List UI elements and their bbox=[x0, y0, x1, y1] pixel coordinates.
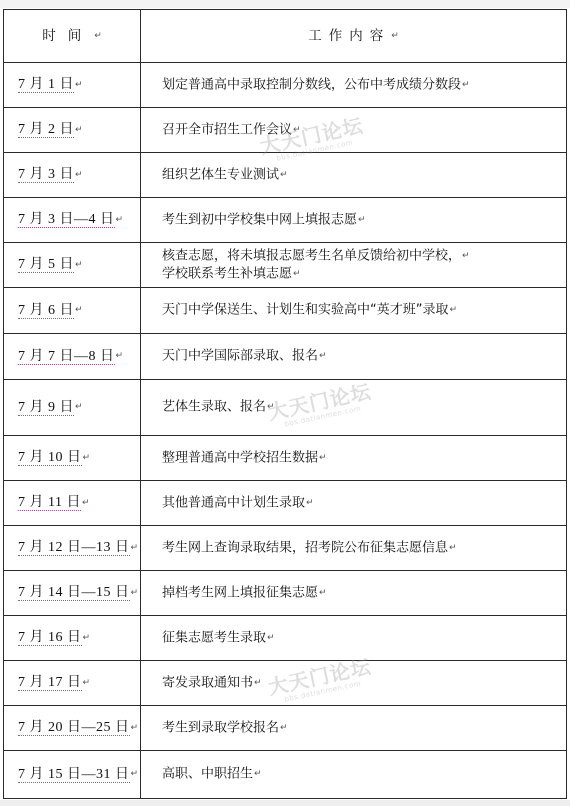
paragraph-mark-icon: ↵ bbox=[116, 215, 124, 225]
table-row: 7 月 5 日↵核查志愿，将未填报志愿考生名单反馈给初中学校，↵学校联系考生补填… bbox=[4, 243, 567, 288]
header-content: 工作内容↵ bbox=[141, 10, 567, 63]
paragraph-mark-icon: ↵ bbox=[75, 80, 83, 90]
paragraph-mark-icon: ↵ bbox=[391, 31, 399, 41]
content-line: 高职、中职招生↵ bbox=[162, 765, 558, 784]
content-text: 划定普通高中录取控制分数线，公布中考成绩分数段 bbox=[162, 77, 461, 92]
content-cell: 核查志愿，将未填报志愿考生名单反馈给初中学校，↵学校联系考生补填志愿↵ bbox=[141, 243, 567, 288]
content-text: 考生网上查询录取结果，招考院公布征集志愿信息 bbox=[162, 540, 448, 555]
content-text: 艺体生录取、报名 bbox=[162, 400, 266, 415]
date-cell: 7 月 3 日—4 日↵ bbox=[4, 198, 141, 243]
content-text: 考生到初中学校集中网上填报志愿 bbox=[162, 212, 357, 227]
header-date: 时间↵ bbox=[4, 10, 141, 63]
date-text: 7 月 14 日—15 日 bbox=[18, 585, 130, 601]
content-text: 天门中学国际部录取、报名 bbox=[162, 349, 318, 364]
table-row: 7 月 12 日—13 日↵考生网上查询录取结果，招考院公布征集志愿信息↵ bbox=[4, 526, 567, 571]
content-line: 考生网上查询录取结果，招考院公布征集志愿信息↵ bbox=[162, 539, 558, 558]
paragraph-mark-icon: ↵ bbox=[254, 769, 262, 779]
date-text: 7 月 7 日—8 日 bbox=[18, 349, 115, 365]
date-text: 7 月 16 日 bbox=[18, 630, 82, 646]
date-cell: 7 月 2 日↵ bbox=[4, 108, 141, 153]
content-cell: 考生到初中学校集中网上填报志愿↵ bbox=[141, 198, 567, 243]
table-body: 7 月 1 日↵划定普通高中录取控制分数线，公布中考成绩分数段↵7 月 2 日↵… bbox=[4, 63, 567, 799]
content-cell: 天门中学保送生、计划生和实验高中“英才班”录取↵ bbox=[141, 288, 567, 334]
content-text: 核查志愿，将未填报志愿考生名单反馈给初中学校， bbox=[162, 248, 461, 263]
date-cell: 7 月 17 日↵ bbox=[4, 661, 141, 706]
table-row: 7 月 17 日↵寄发录取通知书↵ bbox=[4, 661, 567, 706]
paragraph-mark-icon: ↵ bbox=[319, 588, 327, 598]
paragraph-mark-icon: ↵ bbox=[358, 215, 366, 225]
table-row: 7 月 15 日—31 日↵高职、中职招生↵ bbox=[4, 751, 567, 799]
content-text: 高职、中职招生 bbox=[162, 767, 253, 782]
content-text: 学校联系考生补填志愿 bbox=[162, 267, 292, 282]
content-line: 艺体生录取、报名↵ bbox=[162, 398, 558, 417]
paragraph-mark-icon: ↵ bbox=[280, 723, 288, 733]
content-line: 其他普通高中计划生录取↵ bbox=[162, 494, 558, 513]
date-text: 7 月 12 日—13 日 bbox=[18, 540, 130, 556]
content-text: 征集志愿考生录取 bbox=[162, 630, 266, 645]
paragraph-mark-icon: ↵ bbox=[131, 543, 139, 553]
paragraph-mark-icon: ↵ bbox=[131, 769, 139, 779]
paragraph-mark-icon: ↵ bbox=[75, 170, 83, 180]
paragraph-mark-icon: ↵ bbox=[462, 80, 470, 90]
paragraph-mark-icon: ↵ bbox=[254, 678, 262, 688]
content-line: 天门中学保送生、计划生和实验高中“英才班”录取↵ bbox=[162, 301, 558, 320]
content-line: 考生到录取学校报名↵ bbox=[162, 719, 558, 738]
table-row: 7 月 7 日—8 日↵天门中学国际部录取、报名↵ bbox=[4, 334, 567, 380]
paragraph-mark-icon: ↵ bbox=[82, 498, 90, 508]
date-text: 7 月 1 日 bbox=[18, 77, 74, 93]
content-cell: 其他普通高中计划生录取↵ bbox=[141, 481, 567, 526]
date-cell: 7 月 9 日↵ bbox=[4, 380, 141, 436]
content-line: 寄发录取通知书↵ bbox=[162, 674, 558, 693]
content-text: 考生到录取学校报名 bbox=[162, 720, 279, 735]
header-content-label: 工作内容 bbox=[308, 28, 390, 44]
paragraph-mark-icon: ↵ bbox=[293, 125, 301, 135]
date-text: 7 月 15 日—31 日 bbox=[18, 767, 130, 783]
date-cell: 7 月 14 日—15 日↵ bbox=[4, 571, 141, 616]
paragraph-mark-icon: ↵ bbox=[306, 498, 314, 508]
table-header-row: 时间↵ 工作内容↵ bbox=[4, 10, 567, 63]
date-cell: 7 月 5 日↵ bbox=[4, 243, 141, 288]
content-cell: 掉档考生网上填报征集志愿↵ bbox=[141, 571, 567, 616]
date-cell: 7 月 1 日↵ bbox=[4, 63, 141, 108]
table-row: 7 月 16 日↵征集志愿考生录取↵ bbox=[4, 616, 567, 661]
table-row: 7 月 1 日↵划定普通高中录取控制分数线，公布中考成绩分数段↵ bbox=[4, 63, 567, 108]
date-text: 7 月 6 日 bbox=[18, 303, 74, 319]
table-row: 7 月 11 日↵其他普通高中计划生录取↵ bbox=[4, 481, 567, 526]
content-cell: 艺体生录取、报名↵ bbox=[141, 380, 567, 436]
top-margin bbox=[0, 0, 570, 8]
table-row: 7 月 9 日↵艺体生录取、报名↵ bbox=[4, 380, 567, 436]
date-text: 7 月 20 日—25 日 bbox=[18, 720, 130, 736]
content-cell: 高职、中职招生↵ bbox=[141, 751, 567, 799]
table-row: 7 月 20 日—25 日↵考生到录取学校报名↵ bbox=[4, 706, 567, 751]
paragraph-mark-icon: ↵ bbox=[116, 351, 124, 361]
paragraph-mark-icon: ↵ bbox=[131, 588, 139, 598]
date-cell: 7 月 12 日—13 日↵ bbox=[4, 526, 141, 571]
paragraph-mark-icon: ↵ bbox=[75, 260, 83, 270]
table-row: 7 月 3 日—4 日↵考生到初中学校集中网上填报志愿↵ bbox=[4, 198, 567, 243]
content-line: 考生到初中学校集中网上填报志愿↵ bbox=[162, 211, 558, 230]
table-row: 7 月 14 日—15 日↵掉档考生网上填报征集志愿↵ bbox=[4, 571, 567, 616]
content-text: 天门中学保送生、计划生和实验高中“英才班”录取 bbox=[162, 303, 448, 318]
content-line: 组织艺体生专业测试↵ bbox=[162, 166, 558, 185]
paragraph-mark-icon: ↵ bbox=[94, 31, 102, 41]
paragraph-mark-icon: ↵ bbox=[83, 453, 91, 463]
paragraph-mark-icon: ↵ bbox=[319, 351, 327, 361]
paragraph-mark-icon: ↵ bbox=[267, 402, 275, 412]
table-row: 7 月 3 日↵组织艺体生专业测试↵ bbox=[4, 153, 567, 198]
paragraph-mark-icon: ↵ bbox=[319, 453, 327, 463]
content-text: 其他普通高中计划生录取 bbox=[162, 495, 305, 510]
content-line: 召开全市招生工作会议↵ bbox=[162, 121, 558, 140]
content-line: 掉档考生网上填报征集志愿↵ bbox=[162, 584, 558, 603]
content-cell: 考生网上查询录取结果，招考院公布征集志愿信息↵ bbox=[141, 526, 567, 571]
paragraph-mark-icon: ↵ bbox=[449, 305, 457, 315]
paragraph-mark-icon: ↵ bbox=[449, 543, 457, 553]
date-text: 7 月 2 日 bbox=[18, 122, 74, 138]
content-cell: 考生到录取学校报名↵ bbox=[141, 706, 567, 751]
date-text: 7 月 5 日 bbox=[18, 257, 74, 273]
date-text: 7 月 9 日 bbox=[18, 400, 74, 416]
paragraph-mark-icon: ↵ bbox=[131, 723, 139, 733]
content-line: 整理普通高中学校招生数据↵ bbox=[162, 449, 558, 468]
date-cell: 7 月 11 日↵ bbox=[4, 481, 141, 526]
bottom-margin bbox=[0, 800, 570, 806]
paragraph-mark-icon: ↵ bbox=[75, 402, 83, 412]
table-row: 7 月 10 日↵整理普通高中学校招生数据↵ bbox=[4, 436, 567, 481]
content-cell: 寄发录取通知书↵ bbox=[141, 661, 567, 706]
date-text: 7 月 3 日 bbox=[18, 167, 74, 183]
date-text: 7 月 10 日 bbox=[18, 450, 82, 466]
enrollment-schedule-table: 时间↵ 工作内容↵ 7 月 1 日↵划定普通高中录取控制分数线，公布中考成绩分数… bbox=[3, 9, 567, 799]
paragraph-mark-icon: ↵ bbox=[280, 170, 288, 180]
content-cell: 召开全市招生工作会议↵ bbox=[141, 108, 567, 153]
date-text: 7 月 11 日 bbox=[18, 495, 81, 511]
content-cell: 划定普通高中录取控制分数线，公布中考成绩分数段↵ bbox=[141, 63, 567, 108]
content-text: 召开全市招生工作会议 bbox=[162, 122, 292, 137]
content-text: 寄发录取通知书 bbox=[162, 675, 253, 690]
paragraph-mark-icon: ↵ bbox=[83, 678, 91, 688]
paragraph-mark-icon: ↵ bbox=[267, 633, 275, 643]
date-cell: 7 月 7 日—8 日↵ bbox=[4, 334, 141, 380]
table-row: 7 月 6 日↵天门中学保送生、计划生和实验高中“英才班”录取↵ bbox=[4, 288, 567, 334]
content-text: 组织艺体生专业测试 bbox=[162, 167, 279, 182]
content-line: 核查志愿，将未填报志愿考生名单反馈给初中学校，↵ bbox=[162, 247, 558, 266]
content-text: 掉档考生网上填报征集志愿 bbox=[162, 585, 318, 600]
date-cell: 7 月 20 日—25 日↵ bbox=[4, 706, 141, 751]
date-cell: 7 月 16 日↵ bbox=[4, 616, 141, 661]
date-text: 7 月 3 日—4 日 bbox=[18, 212, 115, 228]
date-text: 7 月 17 日 bbox=[18, 675, 82, 691]
date-cell: 7 月 3 日↵ bbox=[4, 153, 141, 198]
content-cell: 天门中学国际部录取、报名↵ bbox=[141, 334, 567, 380]
paragraph-mark-icon: ↵ bbox=[83, 633, 91, 643]
date-cell: 7 月 10 日↵ bbox=[4, 436, 141, 481]
content-line: 划定普通高中录取控制分数线，公布中考成绩分数段↵ bbox=[162, 76, 558, 95]
date-cell: 7 月 15 日—31 日↵ bbox=[4, 751, 141, 799]
paragraph-mark-icon: ↵ bbox=[75, 305, 83, 315]
paragraph-mark-icon: ↵ bbox=[75, 125, 83, 135]
content-cell: 组织艺体生专业测试↵ bbox=[141, 153, 567, 198]
table-row: 7 月 2 日↵召开全市招生工作会议↵ bbox=[4, 108, 567, 153]
date-cell: 7 月 6 日↵ bbox=[4, 288, 141, 334]
content-cell: 整理普通高中学校招生数据↵ bbox=[141, 436, 567, 481]
content-text: 整理普通高中学校招生数据 bbox=[162, 450, 318, 465]
header-date-label: 时间 bbox=[42, 28, 93, 44]
content-line: 学校联系考生补填志愿↵ bbox=[162, 265, 558, 284]
content-line: 天门中学国际部录取、报名↵ bbox=[162, 347, 558, 366]
paragraph-mark-icon: ↵ bbox=[293, 269, 301, 279]
paragraph-mark-icon: ↵ bbox=[462, 251, 470, 261]
content-line: 征集志愿考生录取↵ bbox=[162, 629, 558, 648]
content-cell: 征集志愿考生录取↵ bbox=[141, 616, 567, 661]
